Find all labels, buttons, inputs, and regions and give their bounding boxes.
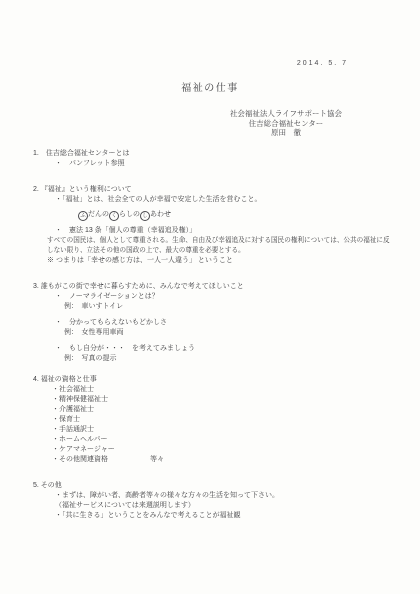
qualification-childcare-worker: ・保育士 [52,415,420,425]
byline-author-name: 原田 徹 [230,128,342,138]
scanned-document-page: 2014. 5. 7 福祉の仕事 社会福祉法人ライフサポート協会 住吉総合福祉セ… [0,0,420,594]
qualification-mental-health-worker: ・精神保健福祉士 [52,395,420,405]
section-5: 5. その他 ・まずは、障がい者、高齢者等々の様々な方々の生活を知って下さい。 … [0,481,420,521]
section-5-heading: 5. その他 [33,481,420,491]
section-1-bullet-pamphlet: ・ パンフレット参照 [55,159,420,169]
section-3-example-photo: 例： 写真の提示 [64,354,420,364]
wordplay-text-2: らしの [119,211,140,218]
qualification-home-helper: ・ホームヘルパー [52,435,420,445]
section-3: 3. 誰もがこの街で幸せに暮らすために、みんなで考えてほしいこと ・ ノーマライ… [0,282,420,364]
byline-organization: 社会福祉法人ライフサポート協会 [230,109,342,119]
etcetera-label: 等々 [150,455,164,465]
byline-center: 住吉総合福祉センター [230,119,342,129]
section-1: 1. 住吉総合福祉センターとは ・ パンフレット参照 [0,149,420,169]
document-title: 福祉の仕事 [0,79,420,94]
circled-ku-character: く [109,211,119,221]
wordplay-text-1: だんの [88,211,109,218]
document-date: 2014. 5. 7 [0,0,420,67]
qualification-sign-language-interpreter: ・手話通訳士 [52,425,420,435]
section-2-bullet-constitution: ・ 憲法 13 条「個人の尊重（幸福追及権）」 [55,226,420,236]
qualification-care-manager: ・ケアマネージャー [52,445,420,455]
section-5-parenthetical-note: （福祉サービスについては来週説明します） [55,501,420,511]
wordplay-text-3: あわせ [150,211,171,218]
section-3-example-train-car: 例： 女性専用車両 [64,328,420,338]
constitution-article-13-text: すべての国民は、個人として尊重される。生命、自由及び幸福追及に対する国民の権利に… [47,236,395,256]
section-3-bullet-imagine: ・ もし自分が・・・ を考えてみましょう [55,344,420,354]
section-5-bullet-living-together: ・「共に生きる」ということをみんなで考えることが福祉観 [55,511,420,521]
section-2: 2. 『福祉』という権利について ・「福祉」とは、社会全ての人が幸福で安定した生… [0,185,420,266]
fukushi-wordplay-line: ふだんのくらしのしあわせ [78,210,420,221]
section-4-heading: 4. 福祉の資格と仕事 [33,375,420,385]
circled-shi-character: し [140,211,150,221]
qualification-other-label: ・その他関連資格 [52,456,108,463]
section-4: 4. 福祉の資格と仕事 ・社会福祉士 ・精神保健福祉士 ・介護福祉士 ・保育士 … [0,375,420,465]
qualification-social-worker: ・社会福祉士 [52,385,420,395]
section-3-bullet-normalization: ・ ノーマライゼーションとは？ [55,292,420,302]
byline-block: 社会福祉法人ライフサポート協会 住吉総合福祉センター 原田 徹 [230,109,342,138]
qualification-other: ・その他関連資格等々 [52,455,420,465]
section-5-bullet-know-lives: ・まずは、障がい者、高齢者等々の様々な方々の生活を知って下さい。 [55,491,420,501]
section-2-heading: 2. 『福祉』という権利について [33,185,420,195]
qualification-care-worker: ・介護福祉士 [52,405,420,415]
circled-fu-character: ふ [78,211,88,221]
section-2-note: ※ つまりは「幸せの感じ方は、一人一人違う」 ということ [47,256,420,266]
section-2-bullet-definition: ・「福祉」とは、社会全ての人が幸福で安定した生活を営むこと。 [55,195,420,205]
section-3-example-toilet: 例： 車いすトイレ [64,302,420,312]
section-3-bullet-frustration: ・ 分かってもらえないもどかしさ [55,318,420,328]
section-3-heading: 3. 誰もがこの街で幸せに暮らすために、みんなで考えてほしいこと [33,282,420,292]
section-1-heading: 1. 住吉総合福祉センターとは [33,149,420,159]
